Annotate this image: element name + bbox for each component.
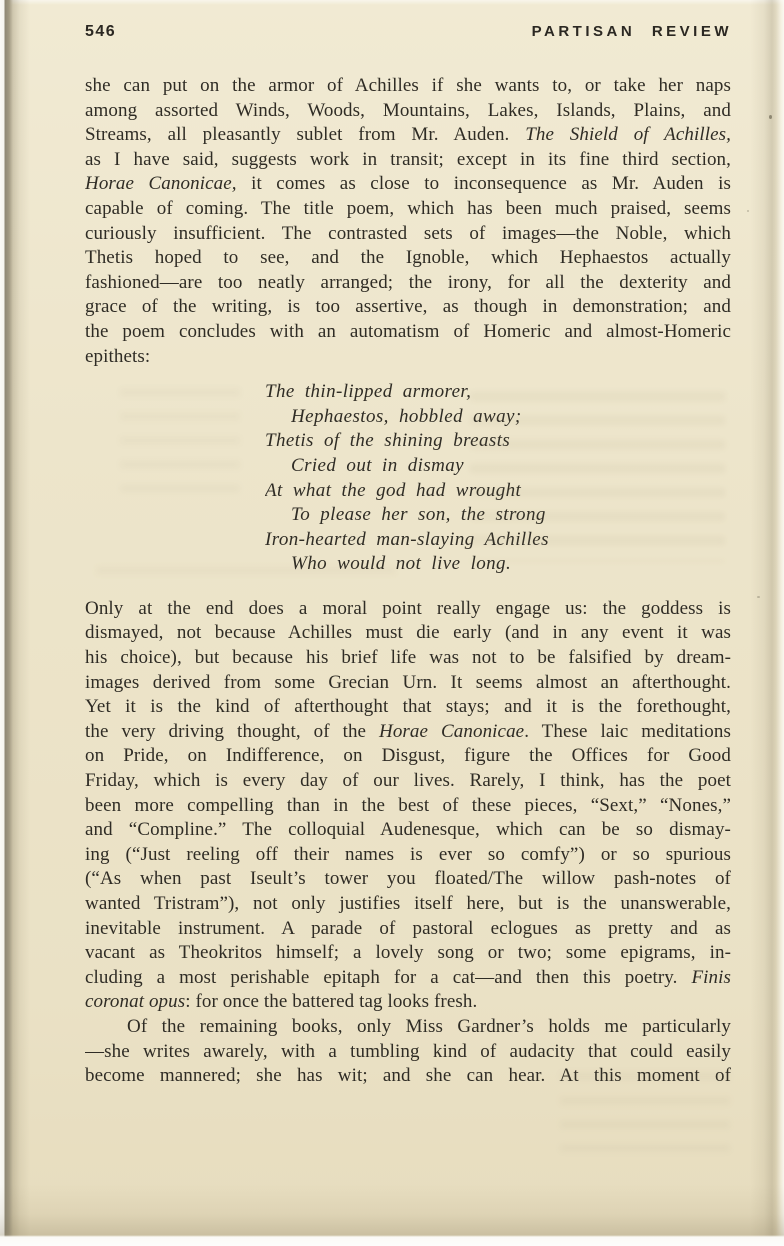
text-line: become mannered; she has wit; and she ca… — [85, 1064, 731, 1089]
paragraph: she can put on the armor of Achilles if … — [85, 74, 731, 369]
text-line: (“As when past Iseult’s tower you floate… — [85, 867, 731, 892]
page-number: 546 — [85, 23, 116, 41]
running-header: 546 PARTISAN REVIEW — [85, 23, 732, 41]
poem-line: The thin-lipped armorer, — [265, 380, 731, 405]
text-line: as I have said, suggests work in transit… — [85, 148, 731, 173]
scan-speck — [769, 115, 772, 119]
text-line: vacant as Theokritos himself; a lovely s… — [85, 941, 731, 966]
text-line: Of the remaining books, only Miss Gardne… — [85, 1015, 731, 1040]
poem-excerpt: The thin-lipped armorer,Hephaestos, hobb… — [85, 380, 731, 577]
text-line: and “Compline.” The colloquial Audenesqu… — [85, 818, 731, 843]
text-line: ing (“Just reeling off their names is ev… — [85, 843, 731, 868]
poem-line: Thetis of the shining breasts — [265, 429, 731, 454]
poem-line: At what the god had wrought — [265, 479, 731, 504]
scan-speck — [747, 210, 749, 212]
scan-speck — [757, 596, 760, 598]
page-left-edge — [0, 0, 30, 1246]
text-line: she can put on the armor of Achilles if … — [85, 74, 731, 99]
text-line: the poem concludes with an automatism of… — [85, 320, 731, 345]
text-line: capable of coming. The title poem, which… — [85, 197, 731, 222]
poem-line: To please her son, the strong — [291, 503, 731, 528]
text-line: cluding a most perishable epitaph for a … — [85, 966, 731, 991]
text-line: the very driving thought, of the Horae C… — [85, 720, 731, 745]
text-line: his choice), but because his brief life … — [85, 646, 731, 671]
text-line: Thetis hoped to see, and the Ignoble, wh… — [85, 246, 731, 271]
text-line: grace of the writing, is too assertive, … — [85, 295, 731, 320]
text-line: on Pride, on Indifference, on Disgust, f… — [85, 744, 731, 769]
paragraph: Of the remaining books, only Miss Gardne… — [85, 1015, 731, 1089]
text-line: among assorted Winds, Woods, Mountains, … — [85, 99, 731, 124]
poem-line: Iron-hearted man-slaying Achilles — [265, 528, 731, 553]
text-line: —she writes awarely, with a tumbling kin… — [85, 1040, 731, 1065]
text-line: curiously insufficient. The contrasted s… — [85, 222, 731, 247]
text-line: Friday, which is every day of our lives.… — [85, 769, 731, 794]
text-line: Only at the end does a moral point reall… — [85, 597, 731, 622]
text-line: fashioned—are too neatly arranged; the i… — [85, 271, 731, 296]
page-right-edge — [750, 0, 784, 1246]
poem-line: Cried out in dismay — [291, 454, 731, 479]
text-line: been more compelling than in the best of… — [85, 794, 731, 819]
text-line: coronat opus: for once the battered tag … — [85, 990, 731, 1015]
text-line: images derived from some Grecian Urn. It… — [85, 671, 731, 696]
text-block: she can put on the armor of Achilles if … — [85, 74, 731, 1089]
page-bottom-edge — [0, 1184, 784, 1246]
text-line: Horae Canonicae, it comes as close to in… — [85, 172, 731, 197]
poem-line: Hephaestos, hobbled away; — [291, 405, 731, 430]
text-line: Yet it is the kind of afterthought that … — [85, 695, 731, 720]
poem-line: Who would not live long. — [291, 552, 731, 577]
text-line: Streams, all pleasantly sublet from Mr. … — [85, 123, 731, 148]
journal-title: PARTISAN REVIEW — [532, 23, 732, 40]
text-line: dismayed, not because Achilles must die … — [85, 621, 731, 646]
paragraph: Only at the end does a moral point reall… — [85, 597, 731, 1015]
text-line: inevitable instrument. A parade of pasto… — [85, 917, 731, 942]
text-line: wanted Tristram”), not only justifies it… — [85, 892, 731, 917]
text-line: epithets: — [85, 345, 731, 370]
scanned-book-page: 546 PARTISAN REVIEW she can put on the a… — [0, 0, 784, 1246]
page-top-edge — [0, 0, 784, 5]
